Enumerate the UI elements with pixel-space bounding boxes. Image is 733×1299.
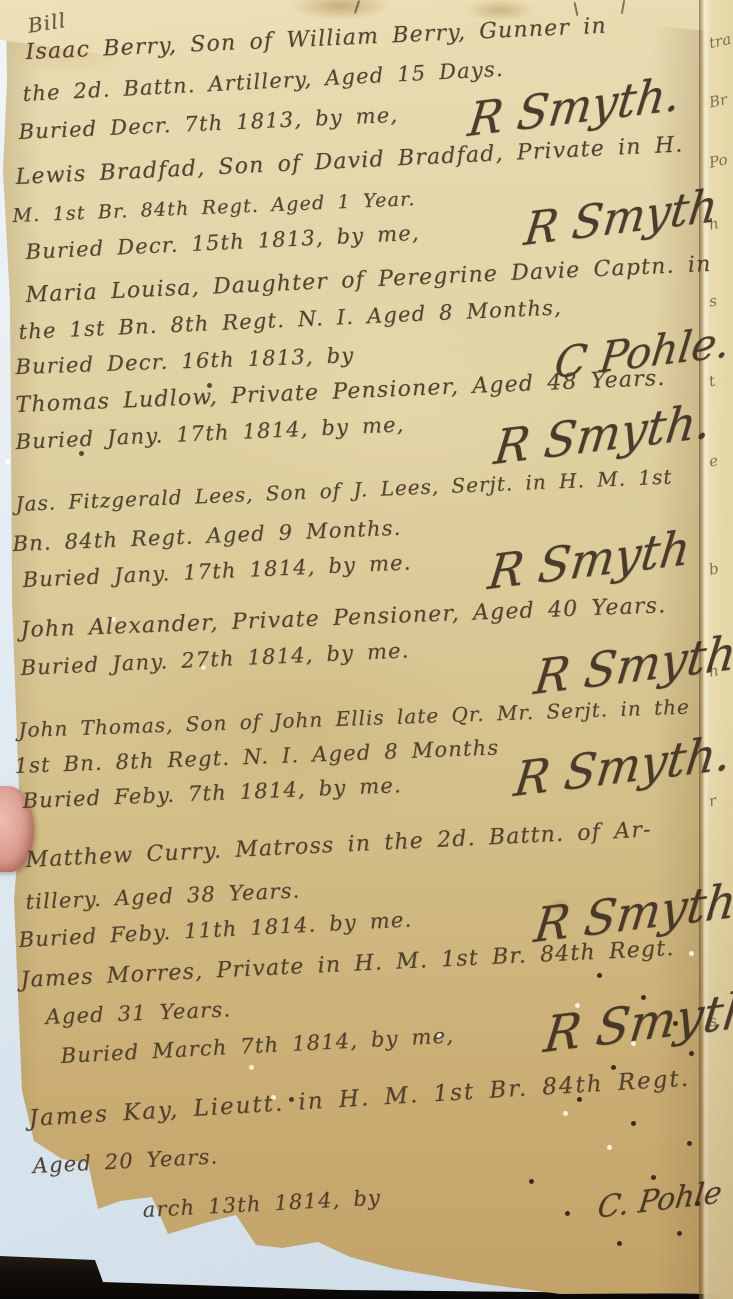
adjacent-page-text-fragment: b [707,559,720,579]
adjacent-page-text-fragment: Po [707,150,729,171]
adjacent-page-text-fragment: e [707,451,719,470]
photo-frame: tra Br Po h s t e b h r f s Bill Isaac B… [0,0,733,1299]
adjacent-page-text-fragment: t [707,372,717,391]
adjacent-page-text-fragment: r [707,791,718,810]
adjacent-page-text-fragment: s [707,291,718,310]
adjacent-page-text-fragment: Br [707,90,729,111]
adjacent-page-text-fragment: tra [707,30,732,52]
